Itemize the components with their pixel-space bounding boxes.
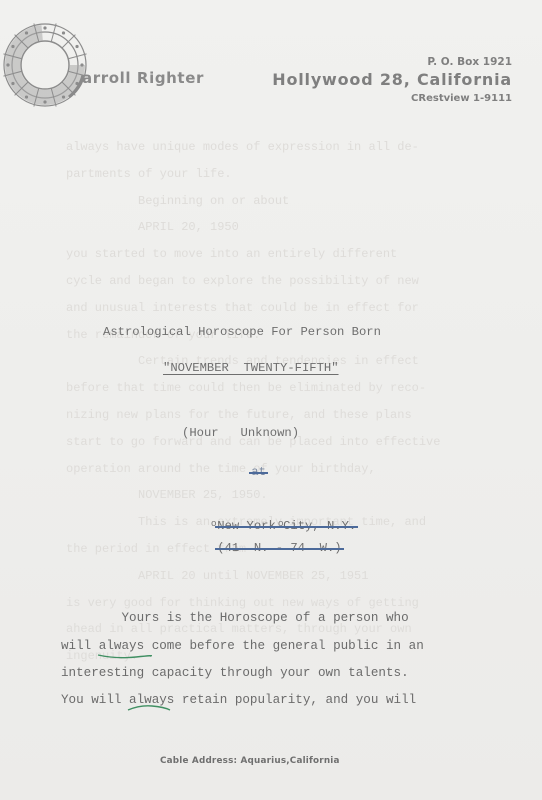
bleed-through-line: APRIL 20, 1950 bbox=[66, 220, 239, 234]
bleed-through-line: and unusual interests that could be in e… bbox=[66, 301, 419, 315]
letterhead-name: arroll Righter bbox=[82, 69, 204, 87]
body-line-4: You will always retain popularity, and y… bbox=[61, 693, 416, 707]
zodiac-wheel-logo bbox=[3, 23, 87, 107]
phone-number: CRestview 1-9111 bbox=[411, 93, 512, 104]
bleed-through-line: you started to move into an entirely dif… bbox=[66, 247, 397, 261]
bleed-through-line: is very good for thinking out new ways o… bbox=[66, 596, 419, 610]
handwritten-underline-1 bbox=[96, 651, 152, 661]
bleed-through-line: before that time could then be eliminate… bbox=[66, 381, 426, 395]
city-address: Hollywood 28, California bbox=[272, 70, 512, 89]
struck-coordinates: (41 N. - 74 W.) bbox=[188, 527, 342, 569]
bleed-through-line: partments of your life. bbox=[66, 167, 232, 181]
horoscope-title: Astrological Horoscope For Person Born bbox=[103, 325, 381, 339]
letter-page: always have unique modes of expression i… bbox=[0, 0, 542, 800]
cable-address: Cable Address: Aquarius,California bbox=[160, 756, 340, 766]
birth-date: "NOVEMBER TWENTY-FIFTH" bbox=[163, 361, 339, 375]
bleed-through-line: operation around the time of your birthd… bbox=[66, 462, 376, 476]
bleed-through-line: always have unique modes of expression i… bbox=[66, 140, 419, 154]
birth-hour: (Hour Unknown) bbox=[182, 426, 299, 440]
po-box: P. O. Box 1921 bbox=[427, 56, 512, 68]
bleed-through-line: APRIL 20 until NOVEMBER 25, 1951 bbox=[66, 569, 368, 583]
body-line-3: interesting capacity through your own ta… bbox=[61, 666, 409, 680]
bleed-through-line: nizing new plans for the future, and the… bbox=[66, 408, 412, 422]
bleed-through-line: Beginning on or about bbox=[66, 194, 289, 208]
struck-at: at bbox=[222, 451, 266, 493]
handwritten-underline-2 bbox=[126, 703, 172, 713]
bleed-through-line: cycle and began to explore the possibili… bbox=[66, 274, 419, 288]
body-line-1: Yours is the Horoscope of a person who bbox=[61, 611, 409, 625]
